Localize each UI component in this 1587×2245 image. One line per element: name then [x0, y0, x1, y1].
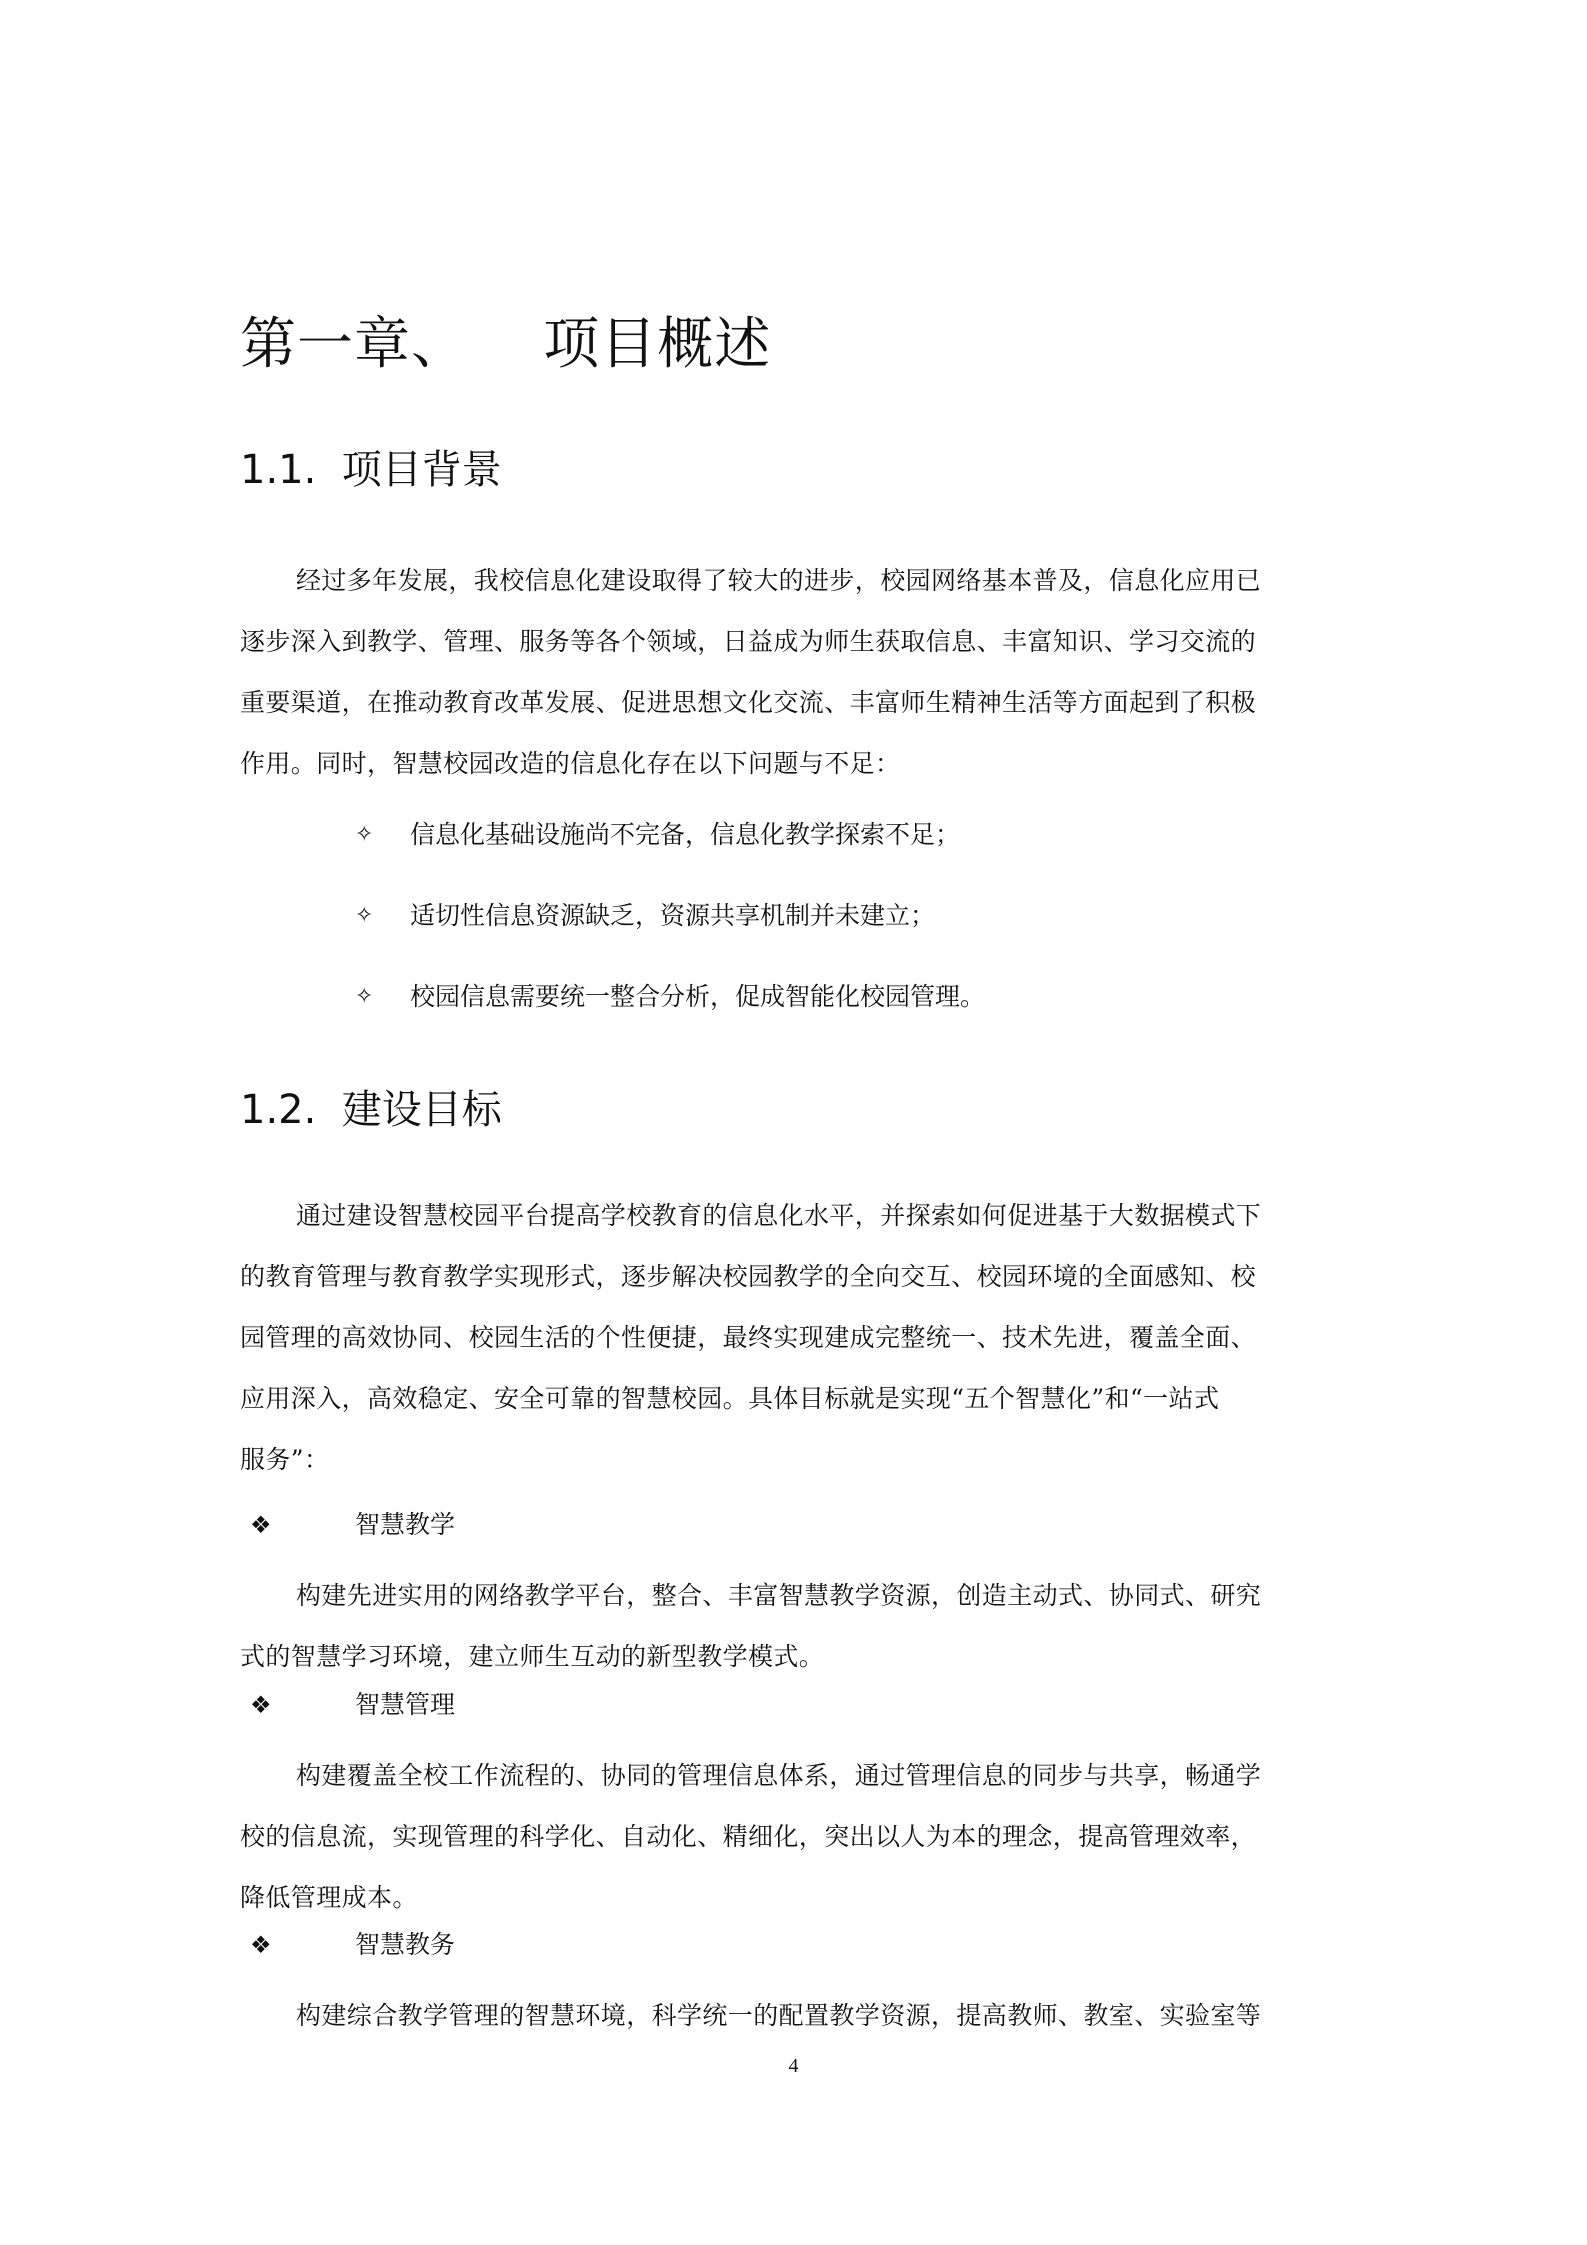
paragraph-line: 校的信息流，实现管理的科学化、自动化、精细化，突出以人为本的理念，提高管理效率，	[184, 1806, 1355, 1867]
paragraph-line: 经过多年发展，我校信息化建设取得了较大的进步，校园网络基本普及，信息化应用已	[240, 550, 1355, 611]
four-point-star-icon: ✧	[355, 977, 410, 1017]
goal-title: 智慧教学	[355, 1505, 455, 1545]
paragraph-line: 作用。同时，智慧校园改造的信息化存在以下问题与不足：	[184, 733, 1355, 794]
background-paragraph: 经过多年发展，我校信息化建设取得了较大的进步，校园网络基本普及，信息化应用已 逐…	[240, 550, 1355, 794]
goal-description: 构建综合教学管理的智慧环境，科学统一的配置教学资源，提高教师、教室、实验室等	[240, 1985, 1355, 2046]
four-point-star-icon: ✧	[355, 896, 410, 936]
paragraph-line: 逐步深入到教学、管理、服务等各个领域，日益成为师生获取信息、丰富知识、学习交流的	[184, 611, 1355, 672]
diamond-cluster-icon: ❖	[250, 1685, 355, 1725]
goal-heading: ❖ 智慧教学	[250, 1505, 455, 1545]
chapter-title: 第一章、 项目概述	[240, 305, 771, 385]
diamond-cluster-icon: ❖	[250, 1925, 355, 1965]
document-page: 第一章、 项目概述 1.1. 项目背景 经过多年发展，我校信息化建设取得了较大的…	[0, 0, 1587, 2245]
goal-heading: ❖ 智慧管理	[250, 1685, 455, 1725]
list-item-text: 适切性信息资源缺乏，资源共享机制并未建立；	[410, 896, 935, 936]
section-heading-background: 1.1. 项目背景	[240, 440, 502, 500]
list-item: ✧ 校园信息需要统一整合分析，促成智能化校园管理。	[355, 977, 985, 1017]
paragraph-line: 应用深入，高效稳定、安全可靠的智慧校园。具体目标就是实现“五个智慧化”和“一站式	[184, 1368, 1355, 1429]
paragraph-line: 服务”：	[184, 1429, 1355, 1490]
goal-description: 构建覆盖全校工作流程的、协同的管理信息体系，通过管理信息的同步与共享，畅通学 校…	[240, 1745, 1355, 1928]
paragraph-line: 式的智慧学习环境，建立师生互动的新型教学模式。	[184, 1626, 1355, 1687]
goal-description: 构建先进实用的网络教学平台，整合、丰富智慧教学资源，创造主动式、协同式、研究 式…	[240, 1565, 1355, 1687]
list-item-text: 校园信息需要统一整合分析，促成智能化校园管理。	[410, 977, 985, 1017]
section-heading-goals: 1.2. 建设目标	[240, 1080, 502, 1140]
goals-paragraph: 通过建设智慧校园平台提高学校教育的信息化水平，并探索如何促进基于大数据模式下 的…	[240, 1185, 1355, 1490]
page-number: 4	[0, 2055, 1587, 2078]
goal-title: 智慧教务	[355, 1925, 455, 1965]
list-item: ✧ 适切性信息资源缺乏，资源共享机制并未建立；	[355, 896, 935, 936]
paragraph-line: 降低管理成本。	[184, 1867, 1355, 1928]
list-item-text: 信息化基础设施尚不完备，信息化教学探索不足；	[410, 815, 960, 855]
four-point-star-icon: ✧	[355, 815, 410, 855]
paragraph-line: 构建覆盖全校工作流程的、协同的管理信息体系，通过管理信息的同步与共享，畅通学	[240, 1745, 1355, 1806]
paragraph-line: 构建综合教学管理的智慧环境，科学统一的配置教学资源，提高教师、教室、实验室等	[240, 1985, 1355, 2046]
list-item: ✧ 信息化基础设施尚不完备，信息化教学探索不足；	[355, 815, 960, 855]
paragraph-line: 的教育管理与教育教学实现形式，逐步解决校园教学的全向交互、校园环境的全面感知、校	[184, 1246, 1355, 1307]
goal-heading: ❖ 智慧教务	[250, 1925, 455, 1965]
paragraph-line: 重要渠道，在推动教育改革发展、促进思想文化交流、丰富师生精神生活等方面起到了积极	[184, 672, 1355, 733]
paragraph-line: 构建先进实用的网络教学平台，整合、丰富智慧教学资源，创造主动式、协同式、研究	[240, 1565, 1355, 1626]
paragraph-line: 园管理的高效协同、校园生活的个性便捷，最终实现建成完整统一、技术先进，覆盖全面、	[184, 1307, 1355, 1368]
paragraph-line: 通过建设智慧校园平台提高学校教育的信息化水平，并探索如何促进基于大数据模式下	[240, 1185, 1355, 1246]
goal-title: 智慧管理	[355, 1685, 455, 1725]
diamond-cluster-icon: ❖	[250, 1505, 355, 1545]
